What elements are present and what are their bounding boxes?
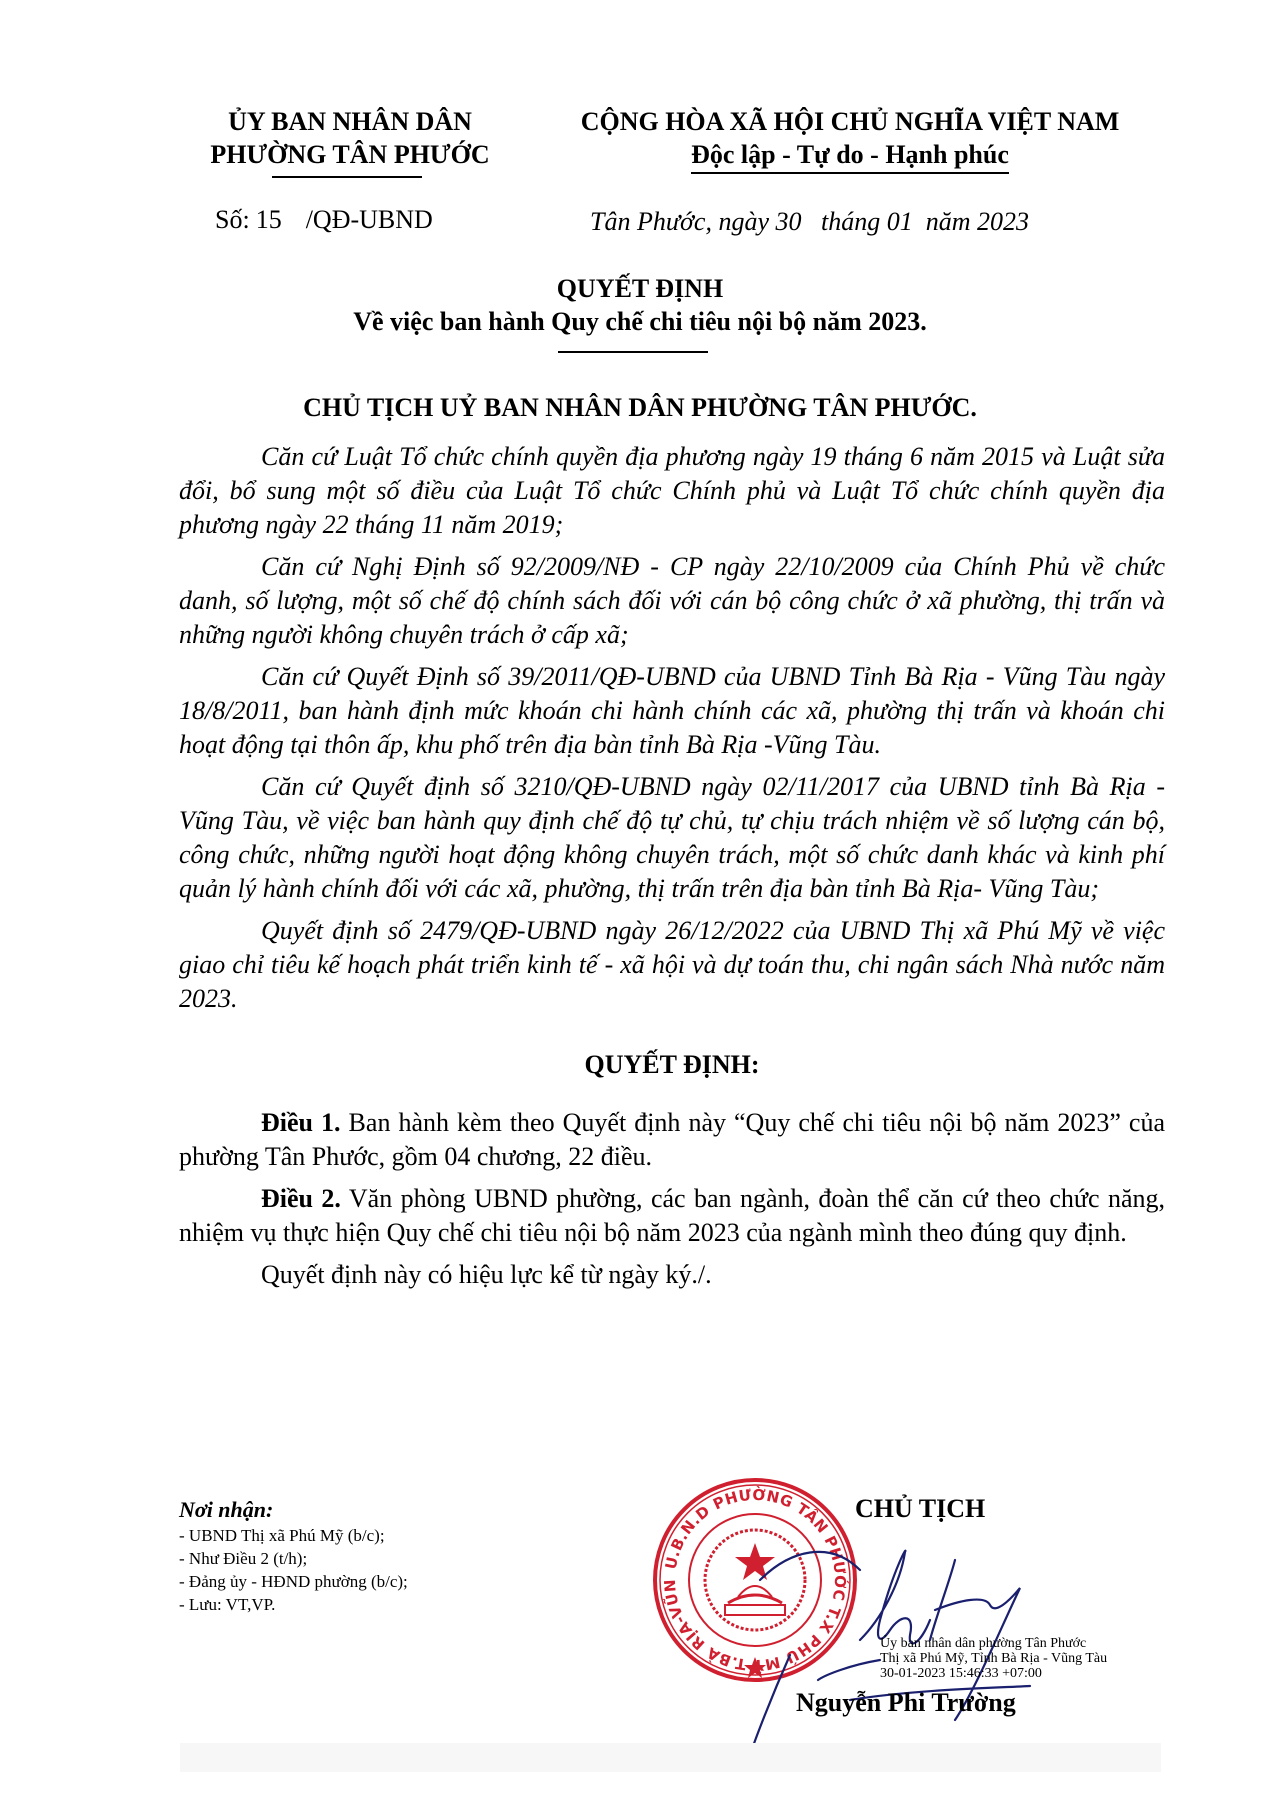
recipients-block: Nơi nhận: - UBND Thị xã Phú Mỹ (b/c); - … xyxy=(179,1496,408,1616)
doc-number-suffix: /QĐ-UBND xyxy=(306,205,433,234)
signer-title: CHỦ TỊCH xyxy=(855,1494,985,1524)
doc-subject: Về việc ban hành Quy chế chi tiêu nội bộ… xyxy=(150,305,1130,338)
preamble-paragraph: Căn cứ Quyết Định số 39/2011/QĐ-UBND của… xyxy=(179,660,1165,762)
preamble-paragraph: Căn cứ Luật Tổ chức chính quyền địa phươ… xyxy=(179,440,1165,542)
issuer-line-1: ỦY BAN NHÂN DÂN xyxy=(150,105,550,138)
issuer-underline xyxy=(272,176,422,178)
doc-number-prefix: Số: xyxy=(215,205,250,234)
article-1: Điều 1. Ban hành kèm theo Quyết định này… xyxy=(179,1106,1165,1174)
doc-number-value: 15 xyxy=(250,205,306,235)
doc-type: QUYẾT ĐỊNH xyxy=(150,272,1130,305)
title-underline xyxy=(558,351,708,353)
recipient-item: - UBND Thị xã Phú Mỹ (b/c); xyxy=(179,1524,408,1547)
document-title: QUYẾT ĐỊNH Về việc ban hành Quy chế chi … xyxy=(150,272,1130,338)
effective-clause: Quyết định này có hiệu lực kể từ ngày ký… xyxy=(179,1258,1165,1292)
article-label: Điều 2. xyxy=(261,1184,341,1213)
esign-location: Thị xã Phú Mỹ, Tỉnh Bà Rịa - Vũng Tàu xyxy=(880,1651,1107,1666)
issuing-authority: CHỦ TỊCH UỶ BAN NHÂN DÂN PHƯỜNG TÂN PHƯỚ… xyxy=(150,393,1130,423)
place-date: Tân Phước, ngày 30 tháng 01 năm 2023 xyxy=(590,207,1029,237)
recipients-title: Nơi nhận: xyxy=(179,1496,408,1524)
signer-name: Nguyễn Phi Trường xyxy=(796,1688,1016,1718)
article-2: Điều 2. Văn phòng UBND phường, các ban n… xyxy=(179,1182,1165,1250)
preamble-paragraph: Căn cứ Quyết định số 3210/QĐ-UBND ngày 0… xyxy=(179,770,1165,906)
recipient-item: - Như Điều 2 (t/h); xyxy=(179,1547,408,1570)
article-label: Điều 1. xyxy=(261,1108,341,1137)
document-body: Căn cứ Luật Tổ chức chính quyền địa phươ… xyxy=(179,440,1165,1300)
esign-organization: Ủy ban nhân dân phường Tân Phước xyxy=(880,1636,1107,1651)
issuer-block: ỦY BAN NHÂN DÂN PHƯỜNG TÂN PHƯỚC xyxy=(150,105,550,171)
document-number: Số:15/QĐ-UBND xyxy=(215,205,433,235)
preamble-paragraph: Căn cứ Nghị Định số 92/2009/NĐ - CP ngày… xyxy=(179,550,1165,652)
page-footer-strip xyxy=(180,1743,1161,1772)
national-motto: Độc lập - Tự do - Hạnh phúc xyxy=(691,140,1009,174)
preamble-paragraph: Quyết định số 2479/QĐ-UBND ngày 26/12/20… xyxy=(179,914,1165,1016)
decision-heading: QUYẾT ĐỊNH: xyxy=(179,1048,1165,1082)
esign-timestamp: 30-01-2023 15:46:33 +07:00 xyxy=(880,1666,1107,1681)
national-title-block: CỘNG HÒA XÃ HỘI CHỦ NGHĨA VIỆT NAM Độc l… xyxy=(545,105,1155,174)
digital-signature-info: Ủy ban nhân dân phường Tân Phước Thị xã … xyxy=(880,1636,1107,1681)
country-name: CỘNG HÒA XÃ HỘI CHỦ NGHĨA VIỆT NAM xyxy=(545,105,1155,138)
recipient-item: - Đảng ủy - HĐND phường (b/c); xyxy=(179,1570,408,1593)
issuer-line-2: PHƯỜNG TÂN PHƯỚC xyxy=(150,138,550,171)
recipient-item: - Lưu: VT,VP. xyxy=(179,1593,408,1616)
